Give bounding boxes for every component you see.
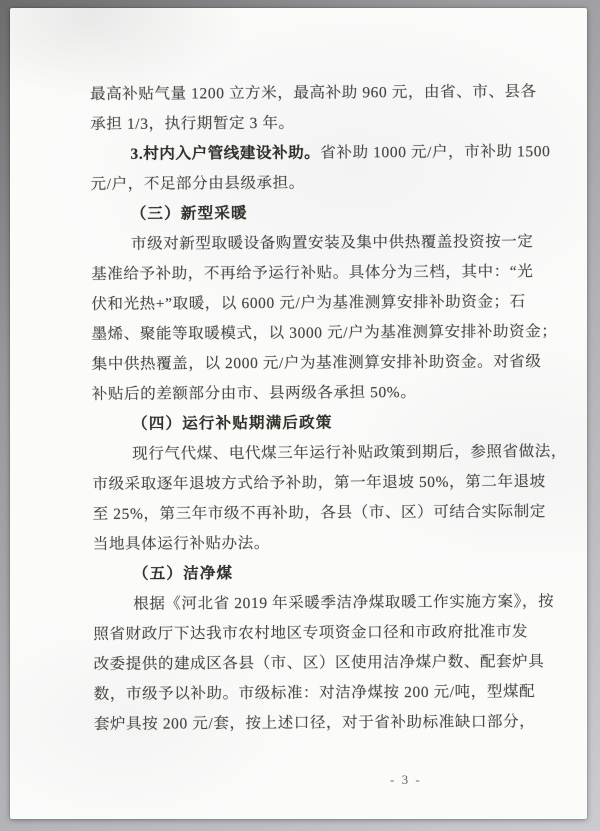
document-body: 最高补贴气量 1200 立方米，最高补助 960 元，由省、市、县各 承担 1/… — [90, 77, 526, 740]
paragraph-line: 数，市级予以补助。市级标准：对洁净煤按 200 元/吨，型煤配 — [94, 677, 526, 710]
paragraph-line: 现行气代煤、电代煤三年运行补贴政策到期后，参照省做法， — [92, 437, 524, 470]
paragraph-line: 墨烯、聚能等取暖模式，以 3000 元/户为基准测算安排补助资金； — [91, 317, 523, 350]
page-number: - 3 - — [10, 772, 587, 788]
paragraph-line: 最高补贴气量 1200 立方米，最高补助 960 元，由省、市、县各 — [90, 77, 522, 110]
paragraph-line: 照省财政厅下达我市农村地区专项资金口径和市政府批准市发 — [93, 617, 525, 650]
section-heading-3: （三）新型采暖 — [91, 197, 523, 230]
paragraph-line: 集中供热覆盖，以 2000 元/户为基准测算安排补助资金。对省级 — [92, 347, 524, 380]
section-heading-4: （四）运行补贴期满后政策 — [92, 407, 524, 440]
paragraph-line: 市级采取逐年退坡方式给予补助，第一年退坡 50%，第二年退坡 — [92, 467, 524, 500]
paragraph-line: 至 25%，第三年市级不再补助，各县（市、区）可结合实际制定 — [93, 497, 525, 530]
paragraph-line: 元/户，不足部分由县级承担。 — [91, 167, 523, 200]
paragraph-line: 改委提供的建成区各县（市、区）区使用洁净煤户数、配套炉具 — [93, 647, 525, 680]
paragraph-line: 套炉具按 200 元/套，按上述口径，对于省补助标准缺口部分， — [94, 707, 526, 740]
paragraph-line: 市级对新型取暖设备购置安装及集中供热覆盖投资按一定 — [91, 227, 523, 260]
paragraph-line: 根据《河北省 2019 年采暖季洁净煤取暖工作实施方案》，按 — [93, 587, 525, 620]
paragraph-line: 当地具体运行补贴办法。 — [93, 527, 525, 560]
paragraph-line: 3.村内入户管线建设补助。省补助 1000 元/户，市补助 1500 — [90, 137, 522, 170]
paragraph-line: 补贴后的差额部分由市、县两级各承担 50%。 — [92, 377, 524, 410]
paragraph-line: 承担 1/3，执行期暂定 3 年。 — [90, 107, 522, 140]
paragraph-line: 基准给予补助，不再给予运行补贴。具体分为三档，其中：“光 — [91, 257, 523, 290]
bold-lead-text: 3.村内入户管线建设补助。 — [130, 145, 320, 163]
document-page: 最高补贴气量 1200 立方米，最高补助 960 元，由省、市、县各 承担 1/… — [10, 8, 587, 819]
paragraph-line: 伏和光热+”取暖，以 6000 元/户为基准测算安排补助资金；石 — [91, 287, 523, 320]
line-text: 省补助 1000 元/户，市补助 1500 — [320, 143, 550, 161]
section-heading-5: （五）洁净煤 — [93, 557, 525, 590]
